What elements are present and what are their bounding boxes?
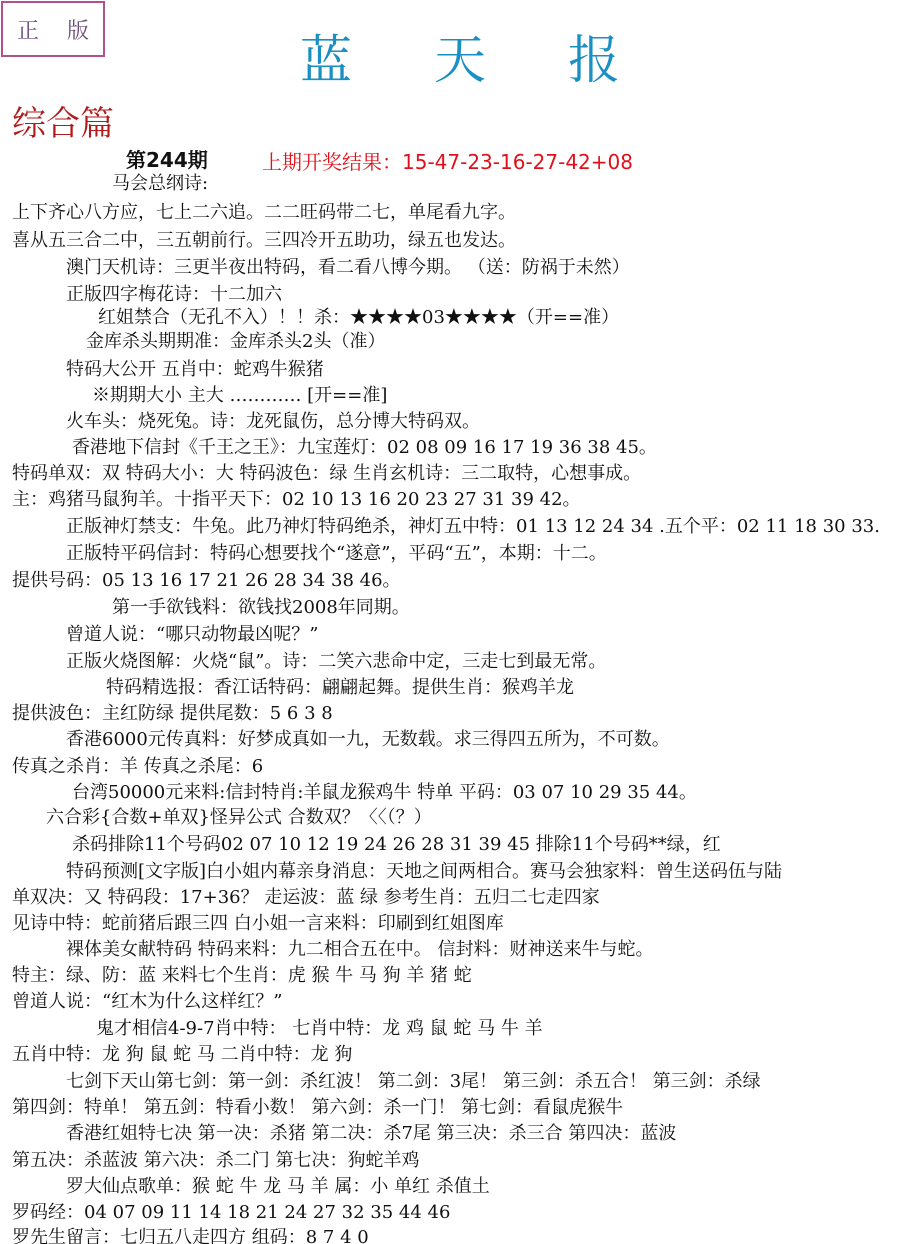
text-line: 裸体美女献特码 特码来料：九二相合五在中。 信封料：财神送来牛与蛇。 xyxy=(66,938,653,962)
title-char-3: 报 xyxy=(568,18,620,93)
text-line: 红姐禁合（无孔不入）！！杀：★★★★03★★★★（开==准） xyxy=(98,306,619,330)
text-line: 第一手欲钱料：欲钱找2008年同期。 xyxy=(112,596,410,620)
text-line: 杀码排除11个号码02 07 10 12 19 24 26 28 31 39 4… xyxy=(72,833,721,857)
text-line: 提供波色：主红防绿 提供尾数：5 6 3 8 xyxy=(12,702,333,726)
text-line: 曾道人说：“哪只动物最凶呢？” xyxy=(66,623,318,647)
badge-char-2: 版 xyxy=(67,14,89,45)
section-title: 综合篇 xyxy=(12,96,114,145)
text-line: 鬼才相信4-9-7肖中特： 七肖中特：龙 鸡 鼠 蛇 马 牛 羊 xyxy=(96,1017,543,1041)
text-line: 香港6000元传真料：好梦成真如一九，无数载。求三得四五所为，不可数。 xyxy=(66,728,670,752)
text-line: 火车头：烧死兔。诗：龙死鼠伤，总分博大特码双。 xyxy=(66,410,480,434)
text-line: 特码大公开 五肖中：蛇鸡牛猴猪 xyxy=(66,358,324,382)
text-line: 正版火烧图解：火烧“鼠”。诗：二笑六悲命中定，三走七到最无常。 xyxy=(66,650,606,674)
text-line: 香港地下信封《千王之王》：九宝莲灯：02 08 09 16 17 19 36 3… xyxy=(72,436,657,460)
text-line: 六合彩{合数+单双}怪异公式 合数双？〈〈（？） xyxy=(46,806,432,830)
badge-char-1: 正 xyxy=(17,14,39,45)
text-line: 金库杀头期期准：金库杀头2头（准） xyxy=(86,330,385,354)
text-line: 正版四字梅花诗：十二加六 xyxy=(66,283,282,307)
text-line: 曾道人说：“红木为什么这样红？” xyxy=(12,990,282,1014)
last-draw-result: 上期开奖结果：15-47-23-16-27-42+08 xyxy=(262,146,633,175)
text-line: 主：鸡猪马鼠狗羊。十指平天下：02 10 13 16 20 23 27 31 3… xyxy=(12,488,581,512)
text-line: 传真之杀肖：羊 传真之杀尾：6 xyxy=(12,755,263,779)
text-line: 马会总纲诗: xyxy=(112,172,208,196)
text-line: 正版特平码信封：特码心想要找个“遂意”，平码“五”，本期：十二。 xyxy=(66,542,607,566)
text-line: 五肖中特：龙 狗 鼠 蛇 马 二肖中特：龙 狗 xyxy=(12,1043,352,1067)
text-line: 特码单双：双 特码大小：大 特码波色：绿 生肖玄机诗：三二取特，心想事成。 xyxy=(12,462,641,486)
text-line: 香港红姐特七决 第一决：杀猪 第二决：杀7尾 第三决：杀三合 第四决：蓝波 xyxy=(66,1122,676,1146)
text-line: 第五决：杀蓝波 第六决：杀二门 第七决：狗蛇羊鸡 xyxy=(12,1149,419,1173)
text-line: 罗码经：04 07 09 11 14 18 21 24 27 32 35 44 … xyxy=(12,1201,450,1225)
text-line: ※期期大小 主大 ………… [开==准] xyxy=(92,384,387,408)
text-line: 正版神灯禁支：牛兔。此乃神灯特码绝杀，神灯五中特：01 13 12 24 34 … xyxy=(66,515,880,539)
text-line: 提供号码：05 13 16 17 21 26 28 34 38 46。 xyxy=(12,569,401,593)
text-line: 上下齐心八方应，七上二六追。二二旺码带二七，单尾看九字。 xyxy=(12,201,516,225)
text-line: 特码精选报：香江话特码：翩翩起舞。提供生肖：猴鸡羊龙 xyxy=(106,676,574,700)
title-char-2: 天 xyxy=(434,18,486,93)
text-line: 台湾50000元来料:信封特肖:羊鼠龙猴鸡牛 特单 平码：03 07 10 29… xyxy=(72,781,697,805)
text-line: 特主：绿、防：蓝 来料七个生肖：虎 猴 牛 马 狗 羊 猪 蛇 xyxy=(12,964,472,988)
text-line: 喜从五三合二中，三五朝前行。三四冷开五助功，绿五也发达。 xyxy=(12,229,516,253)
text-line: 七剑下天山第七剑：第一剑：杀红波！ 第二剑：3尾！ 第三剑：杀五合！ 第三剑：杀… xyxy=(66,1070,761,1094)
text-line: 特码预测[文字版]白小姐内幕亲身消息：天地之间两相合。赛马会独家料：曾生送码伍与… xyxy=(66,860,782,884)
text-line: 澳门天机诗：三更半夜出特码，看二看八博今期。 （送：防祸于未然） xyxy=(66,256,630,280)
text-line: 单双决：又 特码段：17+36？ 走运波：蓝 绿 参考生肖：五归二七走四家 xyxy=(12,886,600,910)
text-line: 罗大仙点歌单：猴 蛇 牛 龙 马 羊 属：小 单红 杀值土 xyxy=(66,1175,490,1199)
issue-number: 第244期 xyxy=(126,144,208,173)
authentic-edition-badge: 正 版 xyxy=(1,1,105,57)
text-line: 见诗中特：蛇前猪后跟三四 白小姐一言来料：印刷到红姐图库 xyxy=(12,912,504,936)
text-line: 第四剑：特单！ 第五剑：特看小数！ 第六剑：杀一门！ 第七剑：看鼠虎猴牛 xyxy=(12,1096,623,1120)
newspaper-title: 蓝 天 报 xyxy=(300,18,620,93)
text-line: 罗先生留言：七归五八走四方 组码：8 7 4 0 xyxy=(12,1226,369,1244)
title-char-1: 蓝 xyxy=(300,18,352,93)
